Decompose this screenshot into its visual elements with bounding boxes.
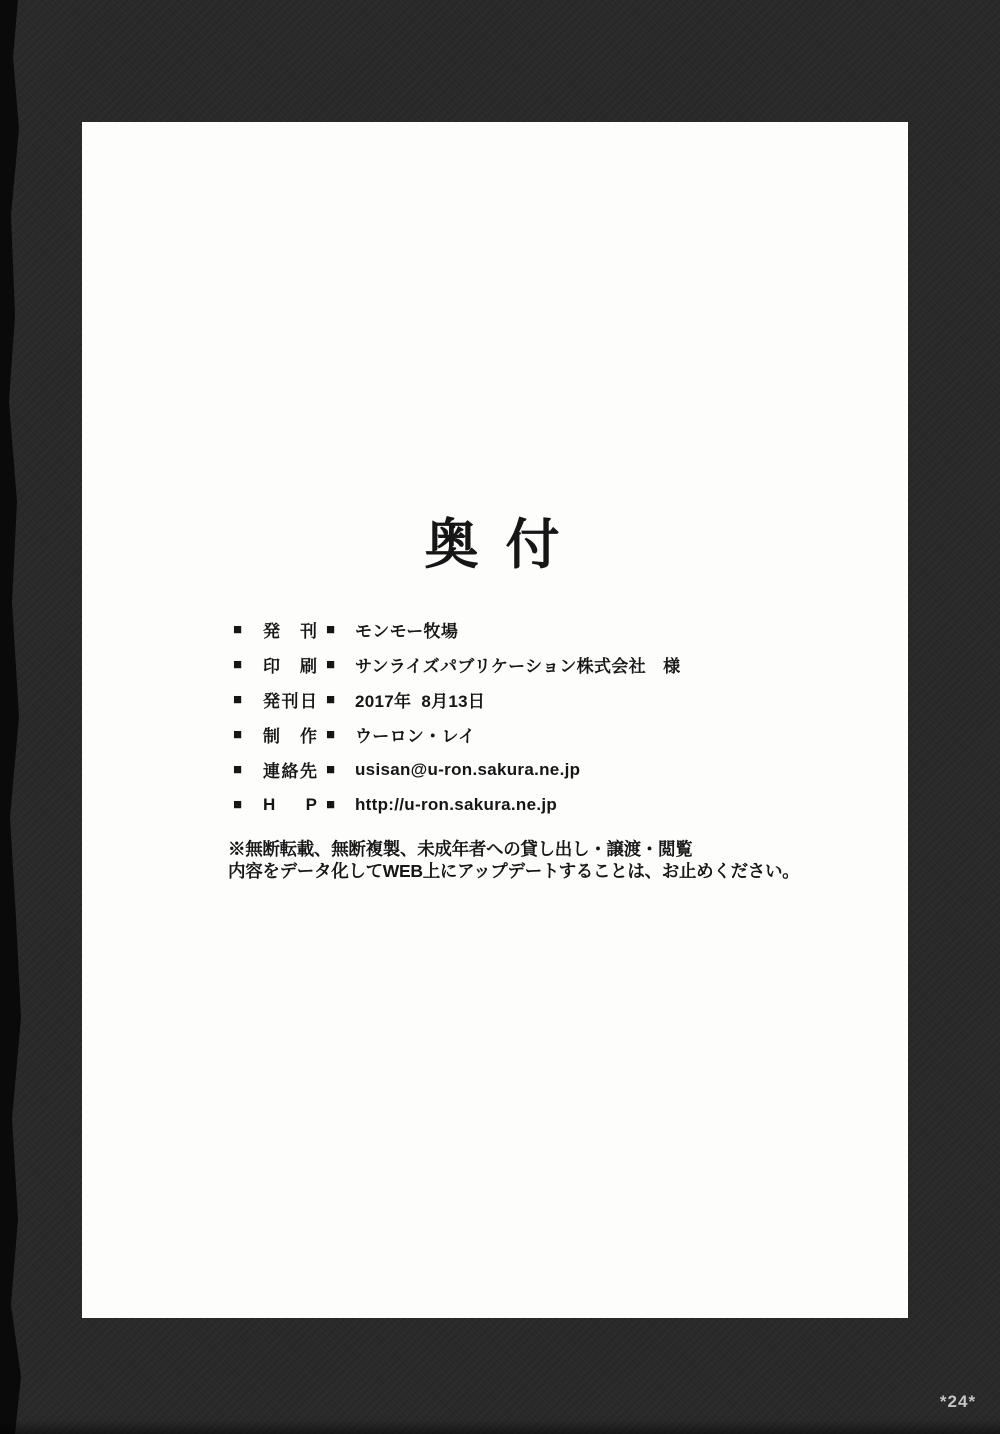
black-square-icon: ■ <box>326 727 343 742</box>
page-number: *24* <box>928 1392 988 1412</box>
info-value: ウーロン・レイ <box>355 722 853 747</box>
disclaimer-line-2: 内容をデータ化してWEB上にアップデートすることは、お止めください。 <box>228 861 799 881</box>
info-label: 発 刊 <box>263 617 317 642</box>
info-label: 連絡先 <box>263 757 317 782</box>
black-square-icon: ■ <box>233 692 250 707</box>
black-square-icon: ■ <box>233 762 250 777</box>
info-row-contact: ■ 連絡先 ■ usisan@u-ron.sakura.ne.jp <box>233 752 853 787</box>
info-row-printer: ■ 印 刷 ■ サンライズパブリケーション株式会社 様 <box>233 647 853 682</box>
info-label: 制 作 <box>263 722 317 747</box>
colophon-page: 奥 付 ■ 発 刊 ■ モンモー牧場 ■ 印 刷 ■ サンライズパブリケーション… <box>82 122 908 1318</box>
info-value: モンモー牧場 <box>355 617 853 642</box>
info-label: 発刊日 <box>263 687 317 712</box>
info-row-homepage: ■ H P ■ http://u-ron.sakura.ne.jp <box>233 787 853 822</box>
black-square-icon: ■ <box>233 622 250 637</box>
info-row-production: ■ 制 作 ■ ウーロン・レイ <box>233 717 853 752</box>
info-label: H P <box>263 795 317 815</box>
info-value: サンライズパブリケーション株式会社 様 <box>355 652 853 677</box>
scan-background: 奥 付 ■ 発 刊 ■ モンモー牧場 ■ 印 刷 ■ サンライズパブリケーション… <box>0 0 1000 1434</box>
disclaimer-line-1: ※無断転載、無断複製、未成年者への貸し出し・譲渡・閲覧 <box>228 839 692 859</box>
info-value-email: usisan@u-ron.sakura.ne.jp <box>355 760 853 780</box>
black-square-icon: ■ <box>326 622 343 637</box>
black-square-icon: ■ <box>326 762 343 777</box>
publication-info-list: ■ 発 刊 ■ モンモー牧場 ■ 印 刷 ■ サンライズパブリケーション株式会社… <box>233 612 853 822</box>
disclaimer-text: ※無断転載、無断複製、未成年者への貸し出し・譲渡・閲覧内容をデータ化してWEB上… <box>228 839 868 882</box>
info-value: 2017年 8月13日 <box>355 687 853 712</box>
info-value-url: http://u-ron.sakura.ne.jp <box>355 795 853 815</box>
scan-edge-shadow <box>0 0 26 1434</box>
black-square-icon: ■ <box>233 657 250 672</box>
black-square-icon: ■ <box>233 797 250 812</box>
info-row-publish-date: ■ 発刊日 ■ 2017年 8月13日 <box>233 682 853 717</box>
black-square-icon: ■ <box>326 657 343 672</box>
page-title: 奥 付 <box>82 518 908 572</box>
info-label: 印 刷 <box>263 652 317 677</box>
black-square-icon: ■ <box>233 727 250 742</box>
black-square-icon: ■ <box>326 797 343 812</box>
info-row-publisher: ■ 発 刊 ■ モンモー牧場 <box>233 612 853 647</box>
black-square-icon: ■ <box>326 692 343 707</box>
scan-bottom-shadow <box>0 1420 1000 1434</box>
